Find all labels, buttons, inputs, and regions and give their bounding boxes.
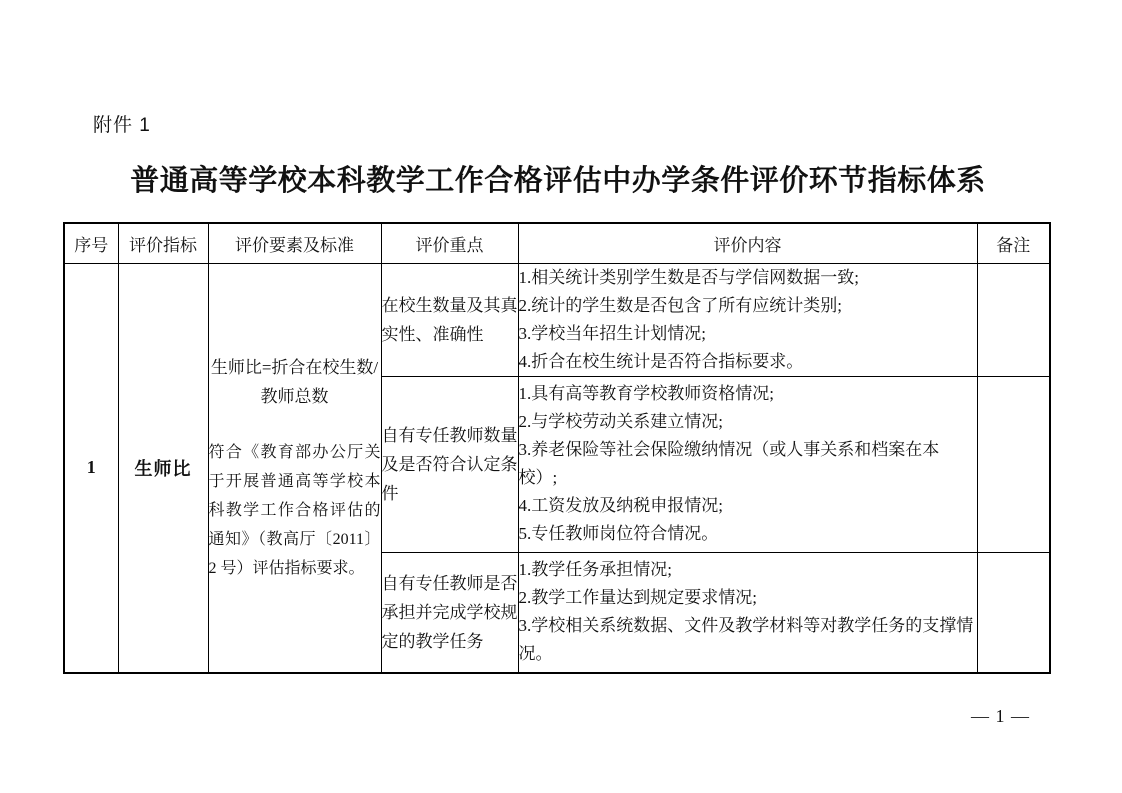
- focus-cell: 自有专任教师数量及是否符合认定条件: [381, 376, 518, 552]
- content-item: 2.教学工作量达到规定要求情况;: [519, 584, 977, 612]
- page-number: — 1 —: [971, 706, 1030, 727]
- content-item: 1.教学任务承担情况;: [519, 556, 977, 584]
- column-header-indicator: 评价指标: [118, 223, 208, 263]
- content-item: 5.专任教师岗位符合情况。: [519, 520, 977, 548]
- column-header-elements: 评价要素及标准: [208, 223, 381, 263]
- content-cell: 1.相关统计类别学生数是否与学信网数据一致; 2.统计的学生数是否包含了所有应统…: [518, 263, 977, 376]
- content-item: 4.折合在校生统计是否符合指标要求。: [519, 348, 977, 376]
- content-item: 4.工资发放及纳税申报情况;: [519, 492, 977, 520]
- table-header-row: 序号 评价指标 评价要素及标准 评价重点 评价内容 备注: [64, 223, 1050, 263]
- content-item: 3.学校相关系统数据、文件及教学材料等对教学任务的支撑情况。: [519, 612, 977, 668]
- column-header-index: 序号: [64, 223, 118, 263]
- document-page: 附件 1 普通高等学校本科教学工作合格评估中办学条件评价环节指标体系 序号 评价…: [0, 0, 1122, 793]
- content-cell: 1.教学任务承担情况; 2.教学工作量达到规定要求情况; 3.学校相关系统数据、…: [518, 552, 977, 673]
- content-item: 1.相关统计类别学生数是否与学信网数据一致;: [519, 264, 977, 292]
- focus-text: 自有专任教师数量及是否符合认定条件: [382, 421, 518, 508]
- table-row: 1 生师比 生师比=折合在校生数/教师总数 符合《教育部办公厅关于开展普通高等学…: [64, 263, 1050, 376]
- content-item: 3.养老保险等社会保险缴纳情况（或人事关系和档案在本校）;: [519, 436, 977, 492]
- attachment-label: 附件 1: [93, 110, 151, 137]
- ratio-formula-text: 生师比=折合在校生数/教师总数: [209, 353, 381, 411]
- column-header-content: 评价内容: [518, 223, 977, 263]
- content-item: 2.与学校劳动关系建立情况;: [519, 408, 977, 436]
- content-item: 1.具有高等教育学校教师资格情况;: [519, 380, 977, 408]
- indicator-name-cell: 生师比: [118, 263, 208, 673]
- remark-cell: [977, 263, 1050, 376]
- focus-cell: 在校生数量及其真实性、准确性: [381, 263, 518, 376]
- content-cell: 1.具有高等教育学校教师资格情况; 2.与学校劳动关系建立情况; 3.养老保险等…: [518, 376, 977, 552]
- focus-text: 在校生数量及其真实性、准确性: [382, 291, 518, 349]
- focus-text: 自有专任教师是否承担并完成学校规定的教学任务: [382, 569, 518, 656]
- remark-cell: [977, 376, 1050, 552]
- content-item: 3.学校当年招生计划情况;: [519, 320, 977, 348]
- row-index-cell: 1: [64, 263, 118, 673]
- remark-cell: [977, 552, 1050, 673]
- standard-reference-text: 符合《教育部办公厅关于开展普通高等学校本科教学工作合格评估的通知》（教高厅〔20…: [209, 438, 381, 583]
- column-header-remark: 备注: [977, 223, 1050, 263]
- content-item: 2.统计的学生数是否包含了所有应统计类别;: [519, 292, 977, 320]
- focus-cell: 自有专任教师是否承担并完成学校规定的教学任务: [381, 552, 518, 673]
- column-header-focus: 评价重点: [381, 223, 518, 263]
- elements-standard-cell: 生师比=折合在校生数/教师总数 符合《教育部办公厅关于开展普通高等学校本科教学工…: [208, 263, 381, 673]
- indicator-table: 序号 评价指标 评价要素及标准 评价重点 评价内容 备注 1 生师比 生师比=折…: [63, 222, 1051, 674]
- document-title: 普通高等学校本科教学工作合格评估中办学条件评价环节指标体系: [63, 158, 1053, 199]
